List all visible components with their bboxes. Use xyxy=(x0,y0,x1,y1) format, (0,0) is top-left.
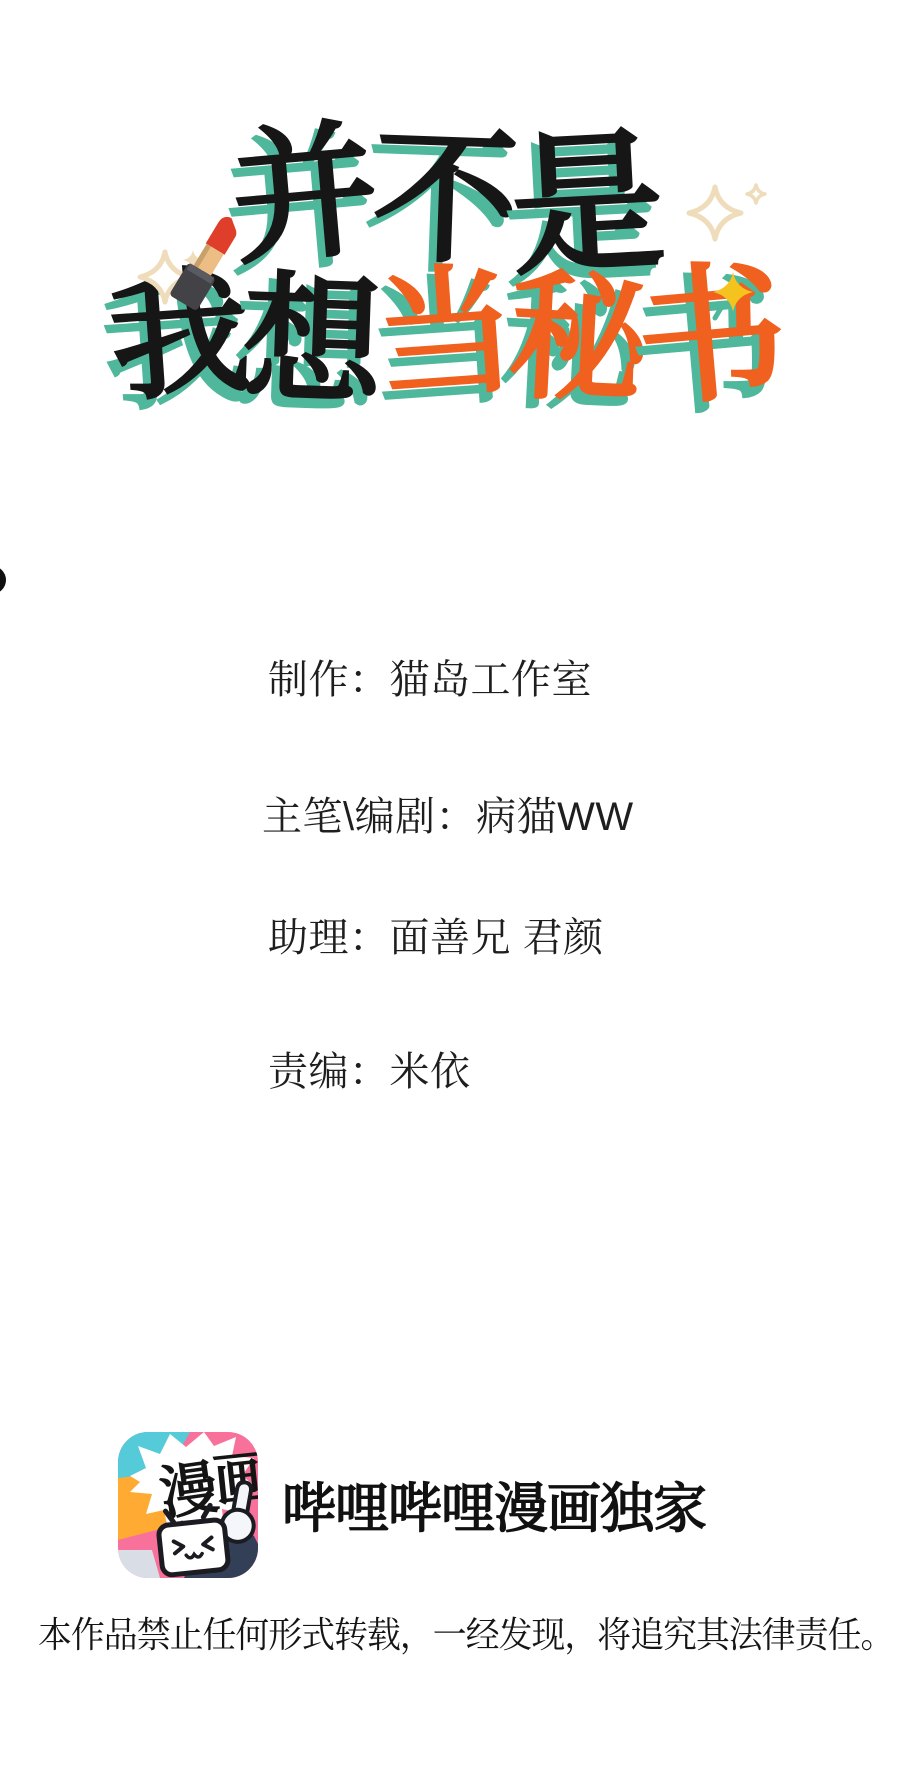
title-char: 想 xyxy=(240,270,385,415)
lipstick-icon xyxy=(125,180,260,325)
comic-credits-page: 并 不 是 我 想 当 秘 书 xyxy=(0,0,900,1771)
credit-editor: 责编：米依 xyxy=(268,1040,471,1097)
title-line-1: 并 不 是 xyxy=(232,122,655,268)
lipstick-body xyxy=(169,211,247,311)
credit-artist-writer: 主笔\编剧：病猫WW xyxy=(262,785,634,842)
title-char: 秘 xyxy=(505,266,652,413)
bilibili-comics-app-icon: 漫 画 xyxy=(118,1432,258,1578)
edge-dot-mark xyxy=(0,566,6,594)
title-char: 当 xyxy=(371,259,520,408)
copyright-disclaimer: 本作品禁止任何形式转载，一经发现，将追究其法律责任。 xyxy=(38,1607,893,1658)
credit-production: 制作：猫岛工作室 xyxy=(268,648,592,705)
credit-assistants: 助理：面善兄 君颜 xyxy=(268,906,604,963)
sparkles-icon xyxy=(675,165,790,325)
publisher-exclusive-text: 哔哩哔哩漫画独家 xyxy=(282,1466,706,1543)
